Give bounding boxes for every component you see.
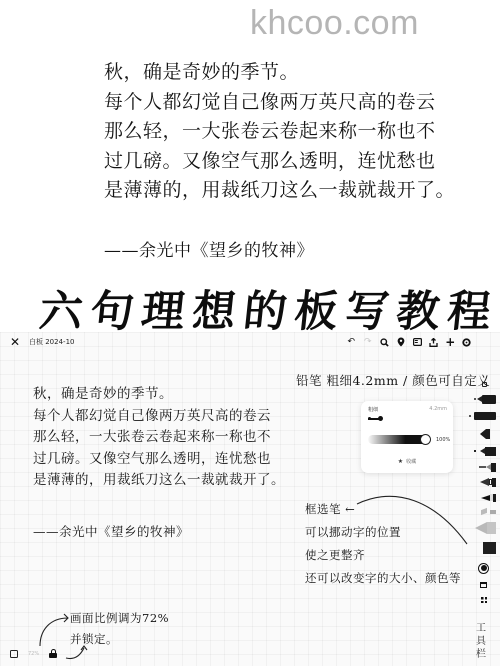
annotation-line: 并锁定。 [70,629,169,650]
opacity-slider[interactable] [368,435,430,444]
grid-more-icon[interactable] [468,596,496,604]
canvas-poem-line: 每个人都幻觉自己像两万英尺高的卷云 [33,406,285,428]
poster-poem: 秋，确是奇妙的季节。 每个人都幻觉自己像两万英尺高的卷云 那么轻，一大张卷云卷起… [104,58,455,206]
star-icon: ★ [398,458,403,465]
marker-pen-tool[interactable] [468,411,496,421]
bottom-bar: 72% [10,649,57,658]
poem-source: ——余光中《望乡的牧神》 [104,236,314,261]
frame-toggle-button[interactable] [10,650,18,658]
annotation-line: 使之更整齐 [305,544,461,567]
favorite-label: 收藏 [406,459,416,465]
canvas-poem[interactable]: 秋，确是奇妙的季节。 每个人都幻觉自己像两万英尺高的卷云 那么轻，一大张卷云卷起… [33,384,285,492]
tool-rail-label: 工具栏 [474,622,488,661]
location-pin-icon[interactable] [393,335,410,349]
highlighter-tool[interactable] [468,428,496,440]
annotation-select-pen: 框选笔 ← 可以挪动字的位置 使之更整齐 还可以改变字的大小、颜色等 [305,498,461,590]
thickness-slider[interactable] [368,416,446,422]
canvas-poem-line: 那么轻，一大张卷云卷起来称一称也不 [33,427,285,449]
zoom-lock-button[interactable] [49,649,57,658]
pen-settings-popover: 粗细 4.2mm 100% ★收藏 [361,401,453,473]
canvas-poem-line: 过几磅。又像空气那么透明，连忧愁也 [33,449,285,471]
pencil-tool[interactable] [468,493,496,502]
favorite-button[interactable]: ★收藏 [361,458,453,465]
poster-section: khcoo.com 秋，确是奇妙的季节。 每个人都幻觉自己像两万英尺高的卷云 那… [0,0,500,330]
annotation-line: 框选笔 ← [305,498,461,521]
canvas-poem-source: ——余光中《望乡的牧神》 [33,522,189,540]
poem-line: 那么轻，一大张卷云卷起来称一称也不 [104,117,455,147]
opacity-value: 100% [436,437,450,443]
document-title[interactable]: 白板 2024-10 [29,337,74,347]
poem-line: 每个人都幻觉自己像两万英尺高的卷云 [104,88,455,118]
annotation-line: 还可以改变字的大小、颜色等 [305,567,461,590]
thickness-slider-knob[interactable] [378,416,383,421]
share-export-icon[interactable] [426,335,443,349]
thickness-value: 4.2mm [429,406,447,412]
zoom-level[interactable]: 72% [28,651,39,657]
canvas-poem-line: 是薄薄的，用裁纸刀这么一裁就裁开了。 [33,470,285,492]
undo-icon[interactable]: ↶ [343,335,360,349]
watermark: khcoo.com [250,4,419,43]
add-icon[interactable]: + [442,335,459,349]
top-bar: ✕ 白板 2024-10 ↶ ↷ + [0,332,500,352]
redo-icon[interactable]: ↷ [360,335,377,349]
whiteboard-app: ✕ 白板 2024-10 ↶ ↷ + 秋，确是奇妙的季节。 每个人都 [0,332,500,666]
canvas-poem-line: 秋，确是奇妙的季节。 [33,384,285,406]
color-picker-button[interactable] [468,562,496,574]
lasso-select-tool[interactable] [468,542,496,554]
poem-line: 是薄薄的，用裁纸刀这么一裁就裁开了。 [104,176,455,206]
annotation-line: 可以挪动字的位置 [305,521,461,544]
annotation-zoom-lock: 画面比例调为72% 并锁定。 [70,608,169,650]
fine-pen-tool[interactable] [468,462,496,472]
top-toolbar: ↶ ↷ + [343,335,475,349]
annotation-line: 画面比例调为72% [70,608,169,629]
settings-gear-icon[interactable] [459,335,476,349]
fineliner-pen-tool[interactable] [468,394,496,404]
thickness-label: 粗细 [368,406,378,413]
poem-line: 秋，确是奇妙的季节。 [104,58,455,88]
eraser-tool[interactable] [468,380,496,388]
fountain-pen-tool[interactable] [468,477,496,487]
opacity-slider-knob[interactable] [420,434,431,445]
search-icon[interactable] [376,335,393,349]
crayon-tool[interactable] [468,521,496,535]
brush-pen-tool[interactable] [468,446,496,456]
calligraphy-pen-tool[interactable] [468,507,496,516]
poster-headline: 六句理想的板写教程 [37,278,463,339]
poem-line: 过几磅。又像空气那么透明，连忧愁也 [104,147,455,177]
close-button[interactable]: ✕ [10,335,20,349]
annotation-pencil: 铅笔 粗细4.2mm / 颜色可自定义 [296,371,490,389]
image-insert-icon[interactable] [468,581,496,589]
pages-icon[interactable] [409,335,426,349]
